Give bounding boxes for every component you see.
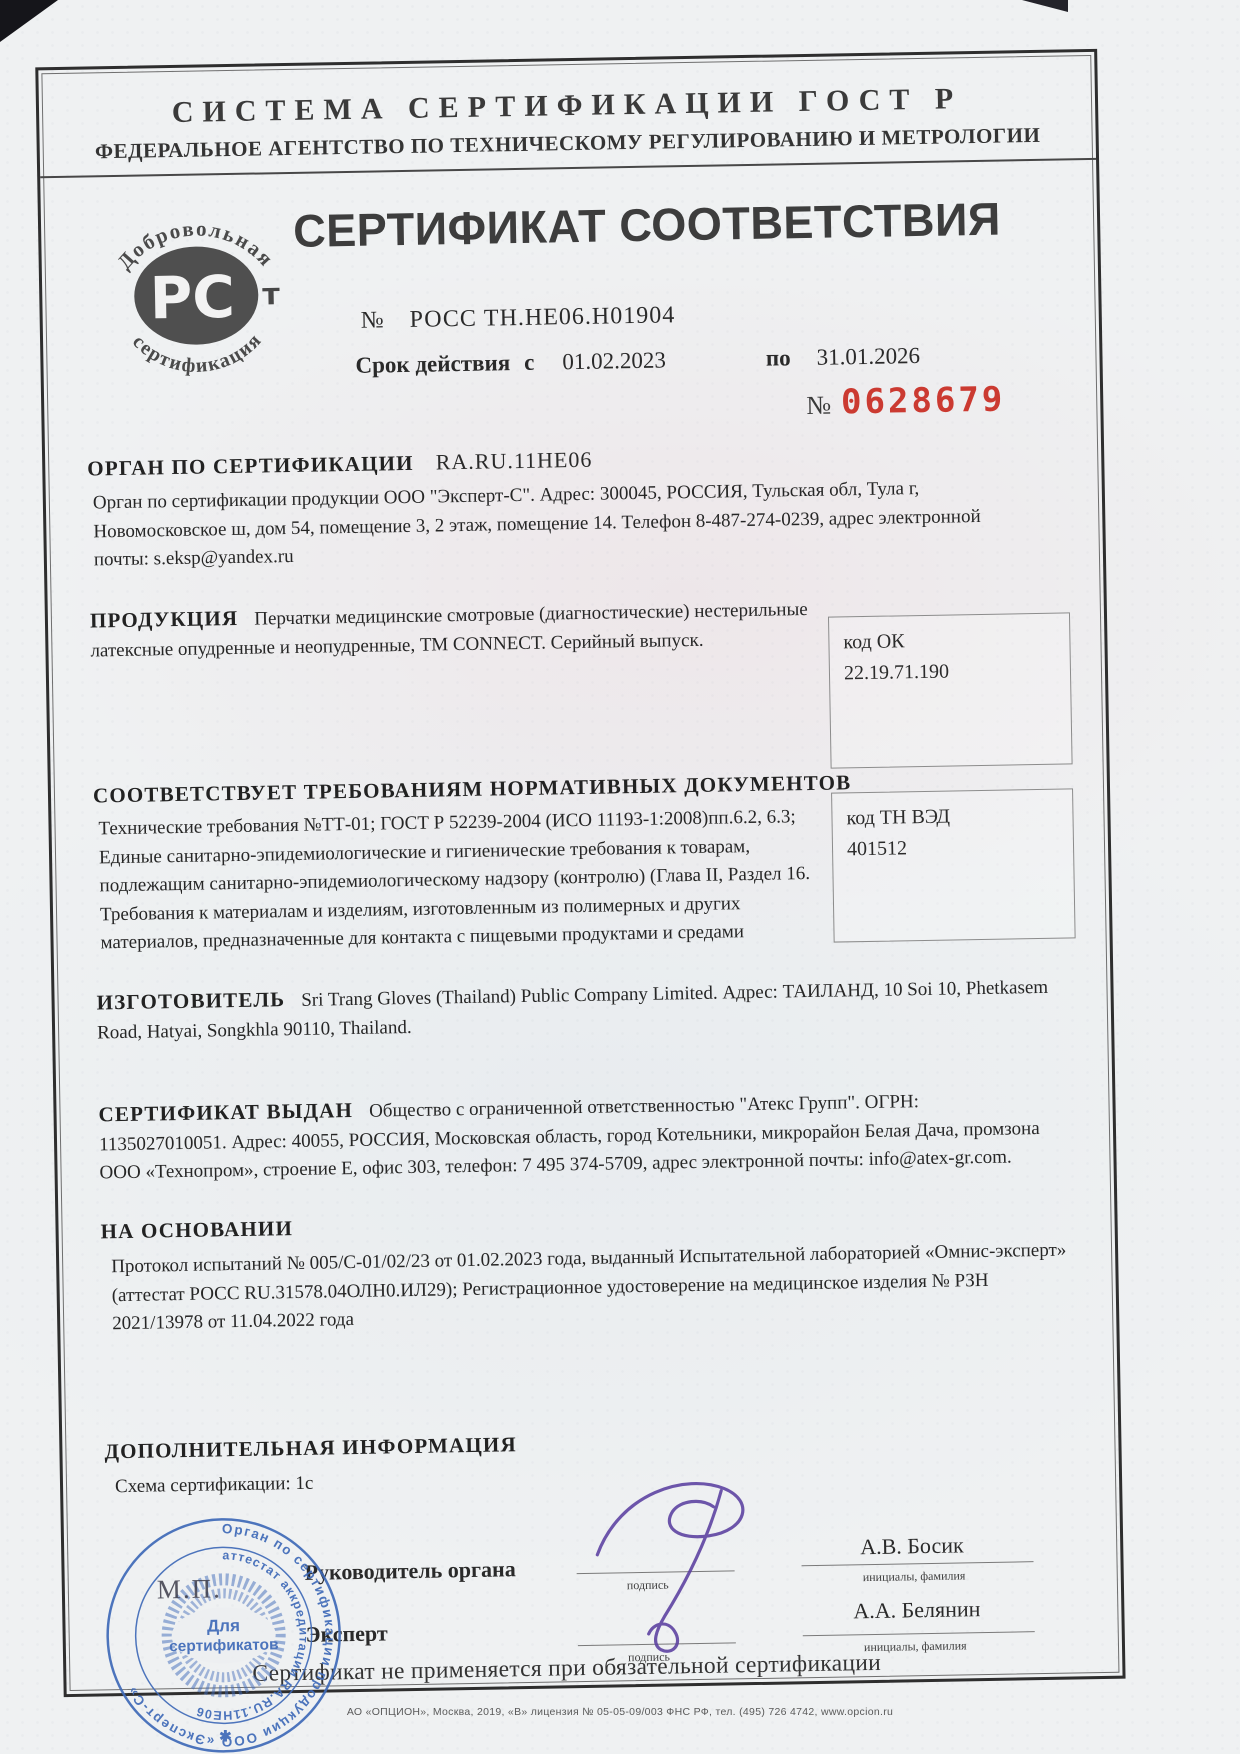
validity-from-label: с: [524, 350, 535, 375]
product-paragraph: ПРОДУКЦИЯПерчатки медицинские смотровые …: [90, 592, 849, 665]
handwritten-signatures: [558, 1459, 824, 1682]
validity-to-label: по: [766, 345, 791, 370]
basis-heading: НА ОСНОВАНИИ: [100, 1216, 293, 1244]
certification-body-text: Орган по сертификации продукции ООО "Экс…: [93, 473, 1034, 575]
validity-to-date: 31.01.2026: [816, 343, 920, 370]
validity-from-date: 01.02.2023: [562, 347, 666, 374]
product-heading: ПРОДУКЦИЯ: [90, 606, 239, 633]
certification-body-heading-row: ОРГАН ПО СЕРТИФИКАЦИИRA.RU.11HE06: [87, 447, 593, 482]
ok-code-label: код ОК: [843, 624, 1056, 659]
logo-t-letter: т: [262, 277, 281, 312]
tnved-code-label: код ТН ВЭД: [846, 800, 1059, 835]
tnved-code-value: 401512: [847, 831, 1060, 866]
conformity-heading: СООТВЕТСТВУЕТ ТРЕБОВАНИЯМ НОРМАТИВНЫХ ДО…: [93, 770, 852, 808]
certificate-title: СЕРТИФИКАТ СООТВЕТСТВИЯ: [293, 192, 1002, 258]
issued-to-heading: СЕРТИФИКАТ ВЫДАН: [98, 1098, 353, 1126]
basis-text: Протокол испытаний № 005/С-01/02/23 от 0…: [111, 1236, 1074, 1338]
validity-label: Срок действия: [355, 350, 510, 378]
scan-artifact-top-right: [1022, 0, 1068, 12]
print-house-imprint: АО «ОПЦИОН», Москва, 2019, «В» лицензия …: [340, 1706, 900, 1718]
issued-to-paragraph: СЕРТИФИКАТ ВЫДАНОбщество с ограниченной …: [98, 1083, 1051, 1188]
manufacturer-paragraph: ИЗГОТОВИТЕЛЬSri Trang Gloves (Thailand) …: [96, 971, 1049, 1048]
head-name-line: [802, 1561, 1034, 1566]
expert-signature-stroke: [646, 1491, 724, 1652]
blank-form-number-row: №0628679: [806, 380, 1006, 423]
certificate-frame: СИСТЕМА СЕРТИФИКАЦИИ ГОСТ Р ФЕДЕРАЛЬНОЕ …: [35, 49, 1125, 1697]
manufacturer-heading: ИЗГОТОВИТЕЛЬ: [96, 987, 285, 1014]
tnved-code-box: код ТН ВЭД 401512: [831, 788, 1076, 942]
logo-rs-letters: РС: [149, 263, 235, 332]
stamp-star: ✱: [219, 1728, 232, 1745]
blank-form-number-digits: 0628679: [841, 380, 1006, 423]
mp-seal-placeholder: М.П.: [157, 1573, 223, 1605]
scan-artifact-top-left: [0, 0, 58, 42]
registration-number-sign: №: [361, 307, 384, 333]
conformity-text: Технические требования №ТТ-01; ГОСТ Р 52…: [98, 802, 840, 957]
ok-code-box: код ОК 22.19.71.190: [828, 612, 1073, 768]
certification-body-heading: ОРГАН ПО СЕРТИФИКАЦИИ: [87, 451, 414, 481]
head-name-caption: инициалы, фамилия: [863, 1568, 966, 1585]
additional-info-heading: ДОПОЛНИТЕЛЬНАЯ ИНФОРМАЦИЯ: [104, 1432, 517, 1464]
registration-number-row: №РОСС TH.HE06.H01904: [361, 302, 676, 334]
ok-code-value: 22.19.71.190: [844, 655, 1057, 690]
validity-row: Срок действияс01.02.2023по31.01.2026: [355, 343, 920, 379]
expert-name-line: [803, 1631, 1035, 1636]
rostest-voluntary-certification-logo: Добровольная РС т сертификация: [93, 194, 300, 384]
certificate-scan-page: СИСТЕМА СЕРТИФИКАЦИИ ГОСТ Р ФЕДЕРАЛЬНОЕ …: [0, 0, 1240, 1754]
stamp-center-line2: сертификатов: [169, 1636, 279, 1655]
certification-body-code: RA.RU.11HE06: [435, 447, 592, 475]
expert-name: А.А. Белянин: [853, 1596, 981, 1624]
registration-number-value: РОСС TH.HE06.H01904: [409, 302, 675, 333]
blank-form-number-sign: №: [806, 391, 831, 420]
round-blue-stamp: Орган по сертификации продукции ООО «Экс…: [100, 1511, 348, 1754]
stamp-center-line1: Для: [207, 1616, 240, 1636]
head-name: А.В. Босик: [860, 1532, 964, 1560]
